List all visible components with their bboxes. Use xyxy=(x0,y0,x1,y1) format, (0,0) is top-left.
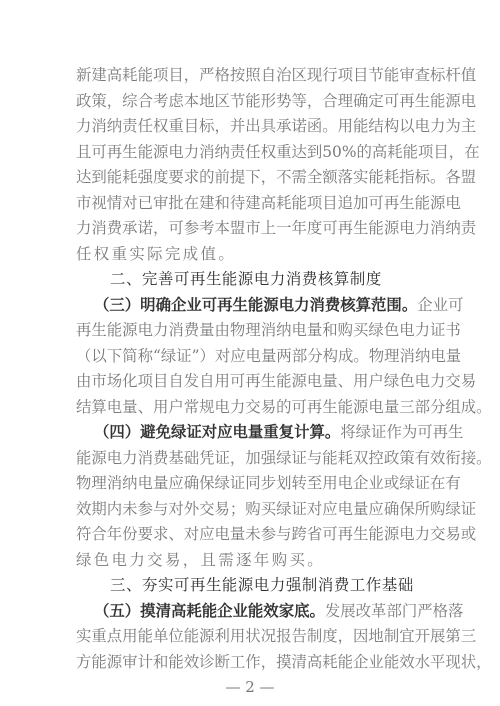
paragraph-line: 实重点用能单位能源利用状况报告制度，因地制宜开展第三 xyxy=(76,624,436,650)
paragraph-line: 且可再生能源电力消纳责任权重达到50%的高耗能项目，在 xyxy=(76,140,436,166)
subsection-3-first-line: （三）明确企业可再生能源电力消费核算范围。企业可 xyxy=(76,293,436,319)
paragraph-line: 方能源审计和能效诊断工作，摸清高耗能企业能效水平现状， xyxy=(76,650,436,676)
subsection-5-first-line: （五）摸清高耗能企业能效家底。发展改革部门严格落 xyxy=(76,599,436,625)
paragraph-line: 再生能源电力消费量由物理消纳电量和购买绿色电力证书 xyxy=(76,318,436,344)
paragraph-line: 由市场化项目自发自用可再生能源电量、用户绿色电力交易 xyxy=(76,369,436,395)
subsection-4-first-line: （四）避免绿证对应电量重复计算。将绿证作为可再生 xyxy=(76,420,436,446)
subsection-title-4: （四）避免绿证对应电量重复计算。 xyxy=(94,423,340,441)
paragraph-text: 发展改革部门严格落 xyxy=(325,602,464,620)
paragraph-line: 力消纳责任权重目标，并出具承诺函。用能结构以电力为主 xyxy=(76,114,436,140)
paragraph-line: 符合年份要求、对应电量未参与跨省可再生能源电力交易或 xyxy=(76,522,436,548)
paragraph-line: （以下简称“绿证”）对应电量两部分构成。物理消纳电量 xyxy=(76,344,436,370)
paragraph-line: 市视情对已审批在建和待建高耗能项目追加可再生能源电 xyxy=(76,191,436,217)
subsection-title-5: （五）摸清高耗能企业能效家底。 xyxy=(94,602,325,620)
paragraph-text: 企业可 xyxy=(417,296,463,314)
paragraph-line: 绿色电力交易，且需逐年购买。 xyxy=(76,548,436,574)
paragraph-line: 结算电量、用户常规电力交易的可再生能源电量三部分组成。 xyxy=(76,395,436,421)
paragraph-line: 能源电力消费基础凭证，加强绿证与能耗双控政策有效衔接。 xyxy=(76,446,436,472)
paragraph-text: 将绿证作为可再生 xyxy=(340,423,463,441)
paragraph-line: 力消费承诺，可参考本盟市上一年度可再生能源电力消纳责 xyxy=(76,216,436,242)
paragraph-line: 达到能耗强度要求的前提下，不需全额落实能耗指标。各盟 xyxy=(76,165,436,191)
paragraph-line: 政策，综合考虑本地区节能形势等，合理确定可再生能源电 xyxy=(76,89,436,115)
subsection-title-3: （三）明确企业可再生能源电力消费核算范围。 xyxy=(94,296,417,314)
section-heading-2: 二、完善可再生能源电力消费核算制度 xyxy=(76,267,436,293)
document-body: 新建高耗能项目，严格按照自治区现行项目节能审查标杆值 政策，综合考虑本地区节能形… xyxy=(76,63,436,675)
section-heading-3: 三、夯实可再生能源电力强制消费工作基础 xyxy=(76,573,436,599)
paragraph-line: 任权重实际完成值。 xyxy=(76,242,436,268)
page-number: — 2 — xyxy=(0,678,500,696)
paragraph-line: 效期内未参与对外交易；购买绿证对应电量应确保所购绿证 xyxy=(76,497,436,523)
paragraph-line: 物理消纳电量应确保绿证同步划转至用电企业或绿证在有 xyxy=(76,471,436,497)
document-page: 新建高耗能项目，严格按照自治区现行项目节能审查标杆值 政策，综合考虑本地区节能形… xyxy=(0,0,500,706)
paragraph-line: 新建高耗能项目，严格按照自治区现行项目节能审查标杆值 xyxy=(76,63,436,89)
